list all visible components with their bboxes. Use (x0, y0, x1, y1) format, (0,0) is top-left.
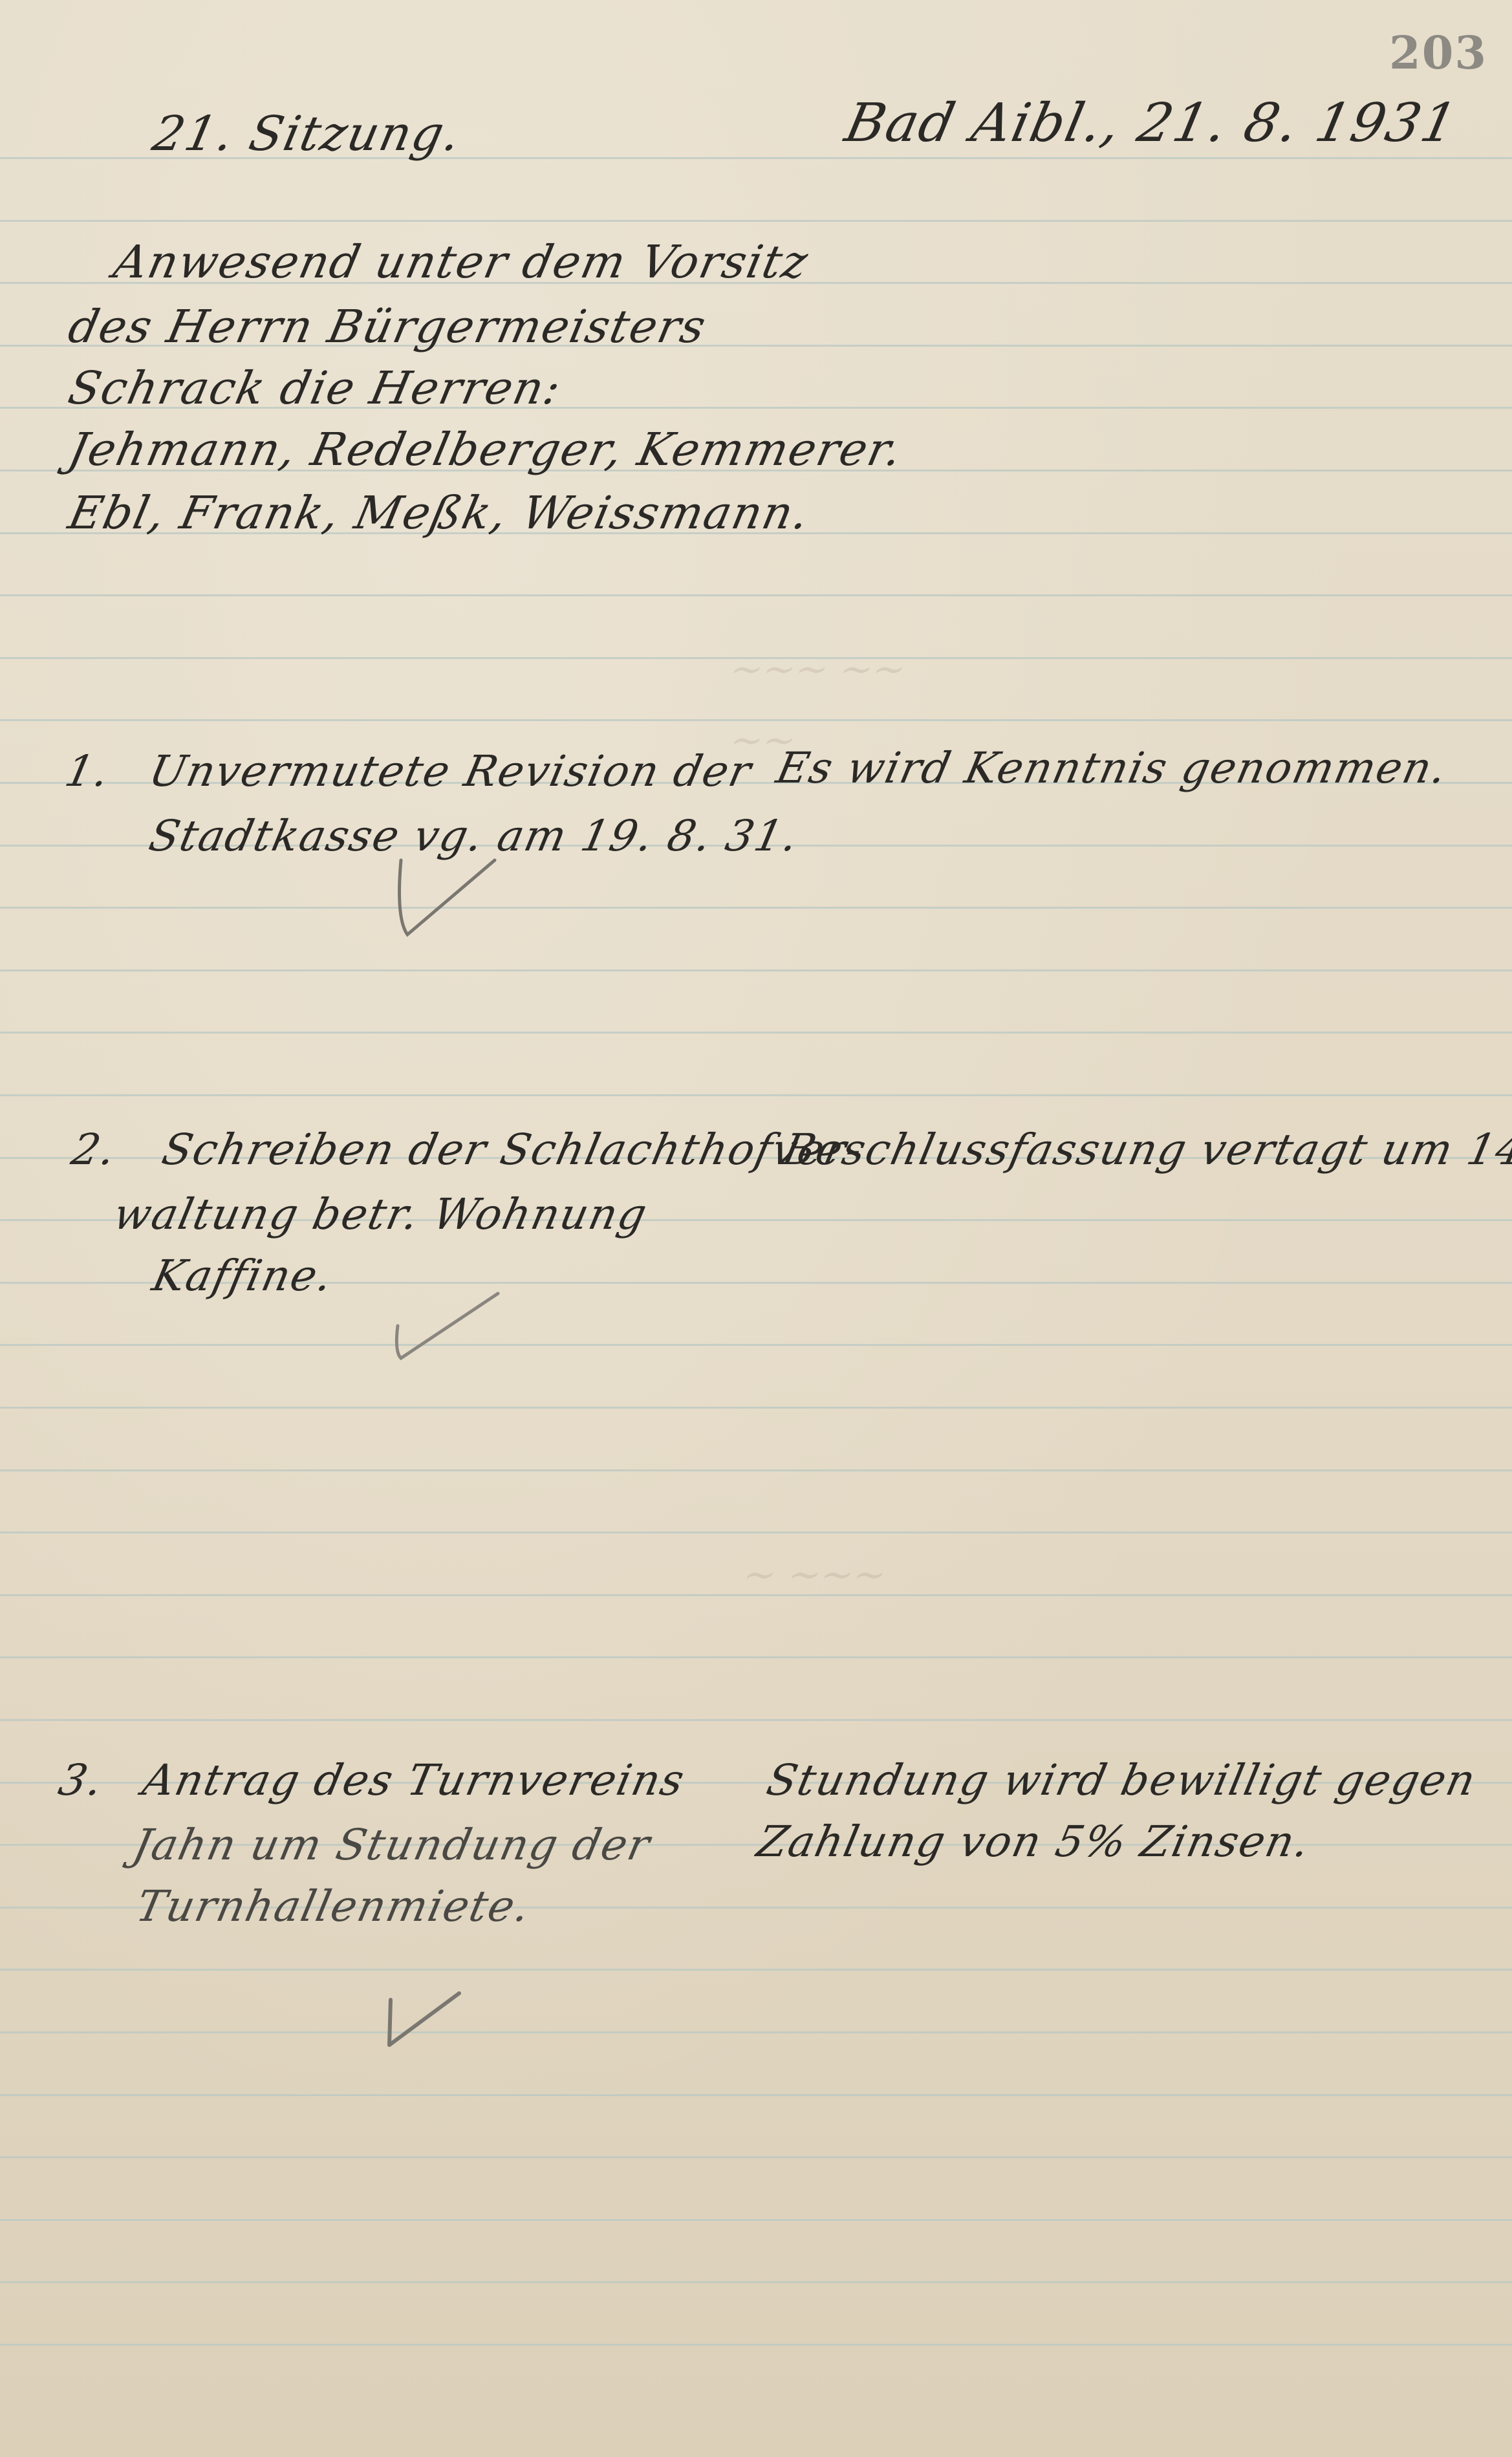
ruled-line (0, 2344, 1512, 2346)
bleed-through-text: ~ ~~~ (738, 1552, 892, 1597)
document-page: ~~~ ~~ ~~ ~ ~~~ 203 21. Sitzung. Bad Aib… (0, 0, 1512, 2457)
ruled-line (0, 907, 1512, 909)
item-number: 3. (55, 1759, 107, 1802)
attendance-names: Jehmann, Redelberger, Kemmerer. (65, 427, 907, 472)
ruled-line (0, 1656, 1512, 1658)
item-decision: Beschlussfassung vertagt um 14 Tage. (779, 1129, 1512, 1171)
ruled-line (0, 594, 1512, 596)
attendance-line: Anwesend unter dem Vorsitz (110, 239, 813, 285)
attendance-names: Ebl, Frank, Meßk, Weissmann. (65, 490, 814, 536)
item-subject-line: Schreiben der Schlachthofver- (158, 1129, 867, 1171)
ruled-line (0, 1344, 1512, 1346)
item-subject-line: Unvermutete Revision der (146, 750, 755, 793)
item-decision: Zahlung von 5% Zinsen. (753, 1821, 1314, 1863)
ruled-line (0, 1094, 1512, 1096)
item-subject-line: Jahn um Stundung der (129, 1824, 654, 1867)
item-subject-line: waltung betr. Wohnung (110, 1193, 651, 1236)
ruled-line (0, 1532, 1512, 1533)
ruled-line (0, 1407, 1512, 1409)
ruled-line (0, 969, 1512, 971)
checkmark-icon (388, 1281, 517, 1371)
attendance-line: des Herrn Bürgermeisters (65, 304, 711, 349)
ruled-line (0, 220, 1512, 222)
checkmark-icon (388, 847, 504, 944)
item-number: 1. (61, 750, 114, 793)
ruled-line (0, 2094, 1512, 2096)
ruled-line (0, 1719, 1512, 1721)
checkmark-icon (382, 1986, 472, 2063)
ruled-line (0, 1032, 1512, 1034)
item-subject-line: Turnhallenmiete. (133, 1885, 535, 1928)
ruled-line (0, 1969, 1512, 1971)
item-subject-line: Kaffine. (149, 1255, 337, 1297)
session-heading: 21. Sitzung. (149, 110, 466, 158)
bleed-through-text: ~~~ ~~ (725, 647, 912, 692)
ruled-line (0, 2156, 1512, 2158)
ruled-line (0, 2281, 1512, 2283)
place-date: Bad Aibl., 21. 8. 1931 (841, 97, 1462, 150)
item-subject-line: Antrag des Turnvereins (139, 1759, 689, 1802)
item-decision: Stundung wird bewilligt gegen (763, 1759, 1480, 1802)
attendance-line: Schrack die Herren: (65, 365, 566, 411)
item-decision: Es wird Kenntnis genommen. (773, 747, 1451, 790)
page-number: 203 (1389, 26, 1487, 80)
ruled-line (0, 2219, 1512, 2221)
ruled-line (0, 1469, 1512, 1471)
item-number: 2. (68, 1129, 120, 1171)
ruled-line (0, 2031, 1512, 2033)
